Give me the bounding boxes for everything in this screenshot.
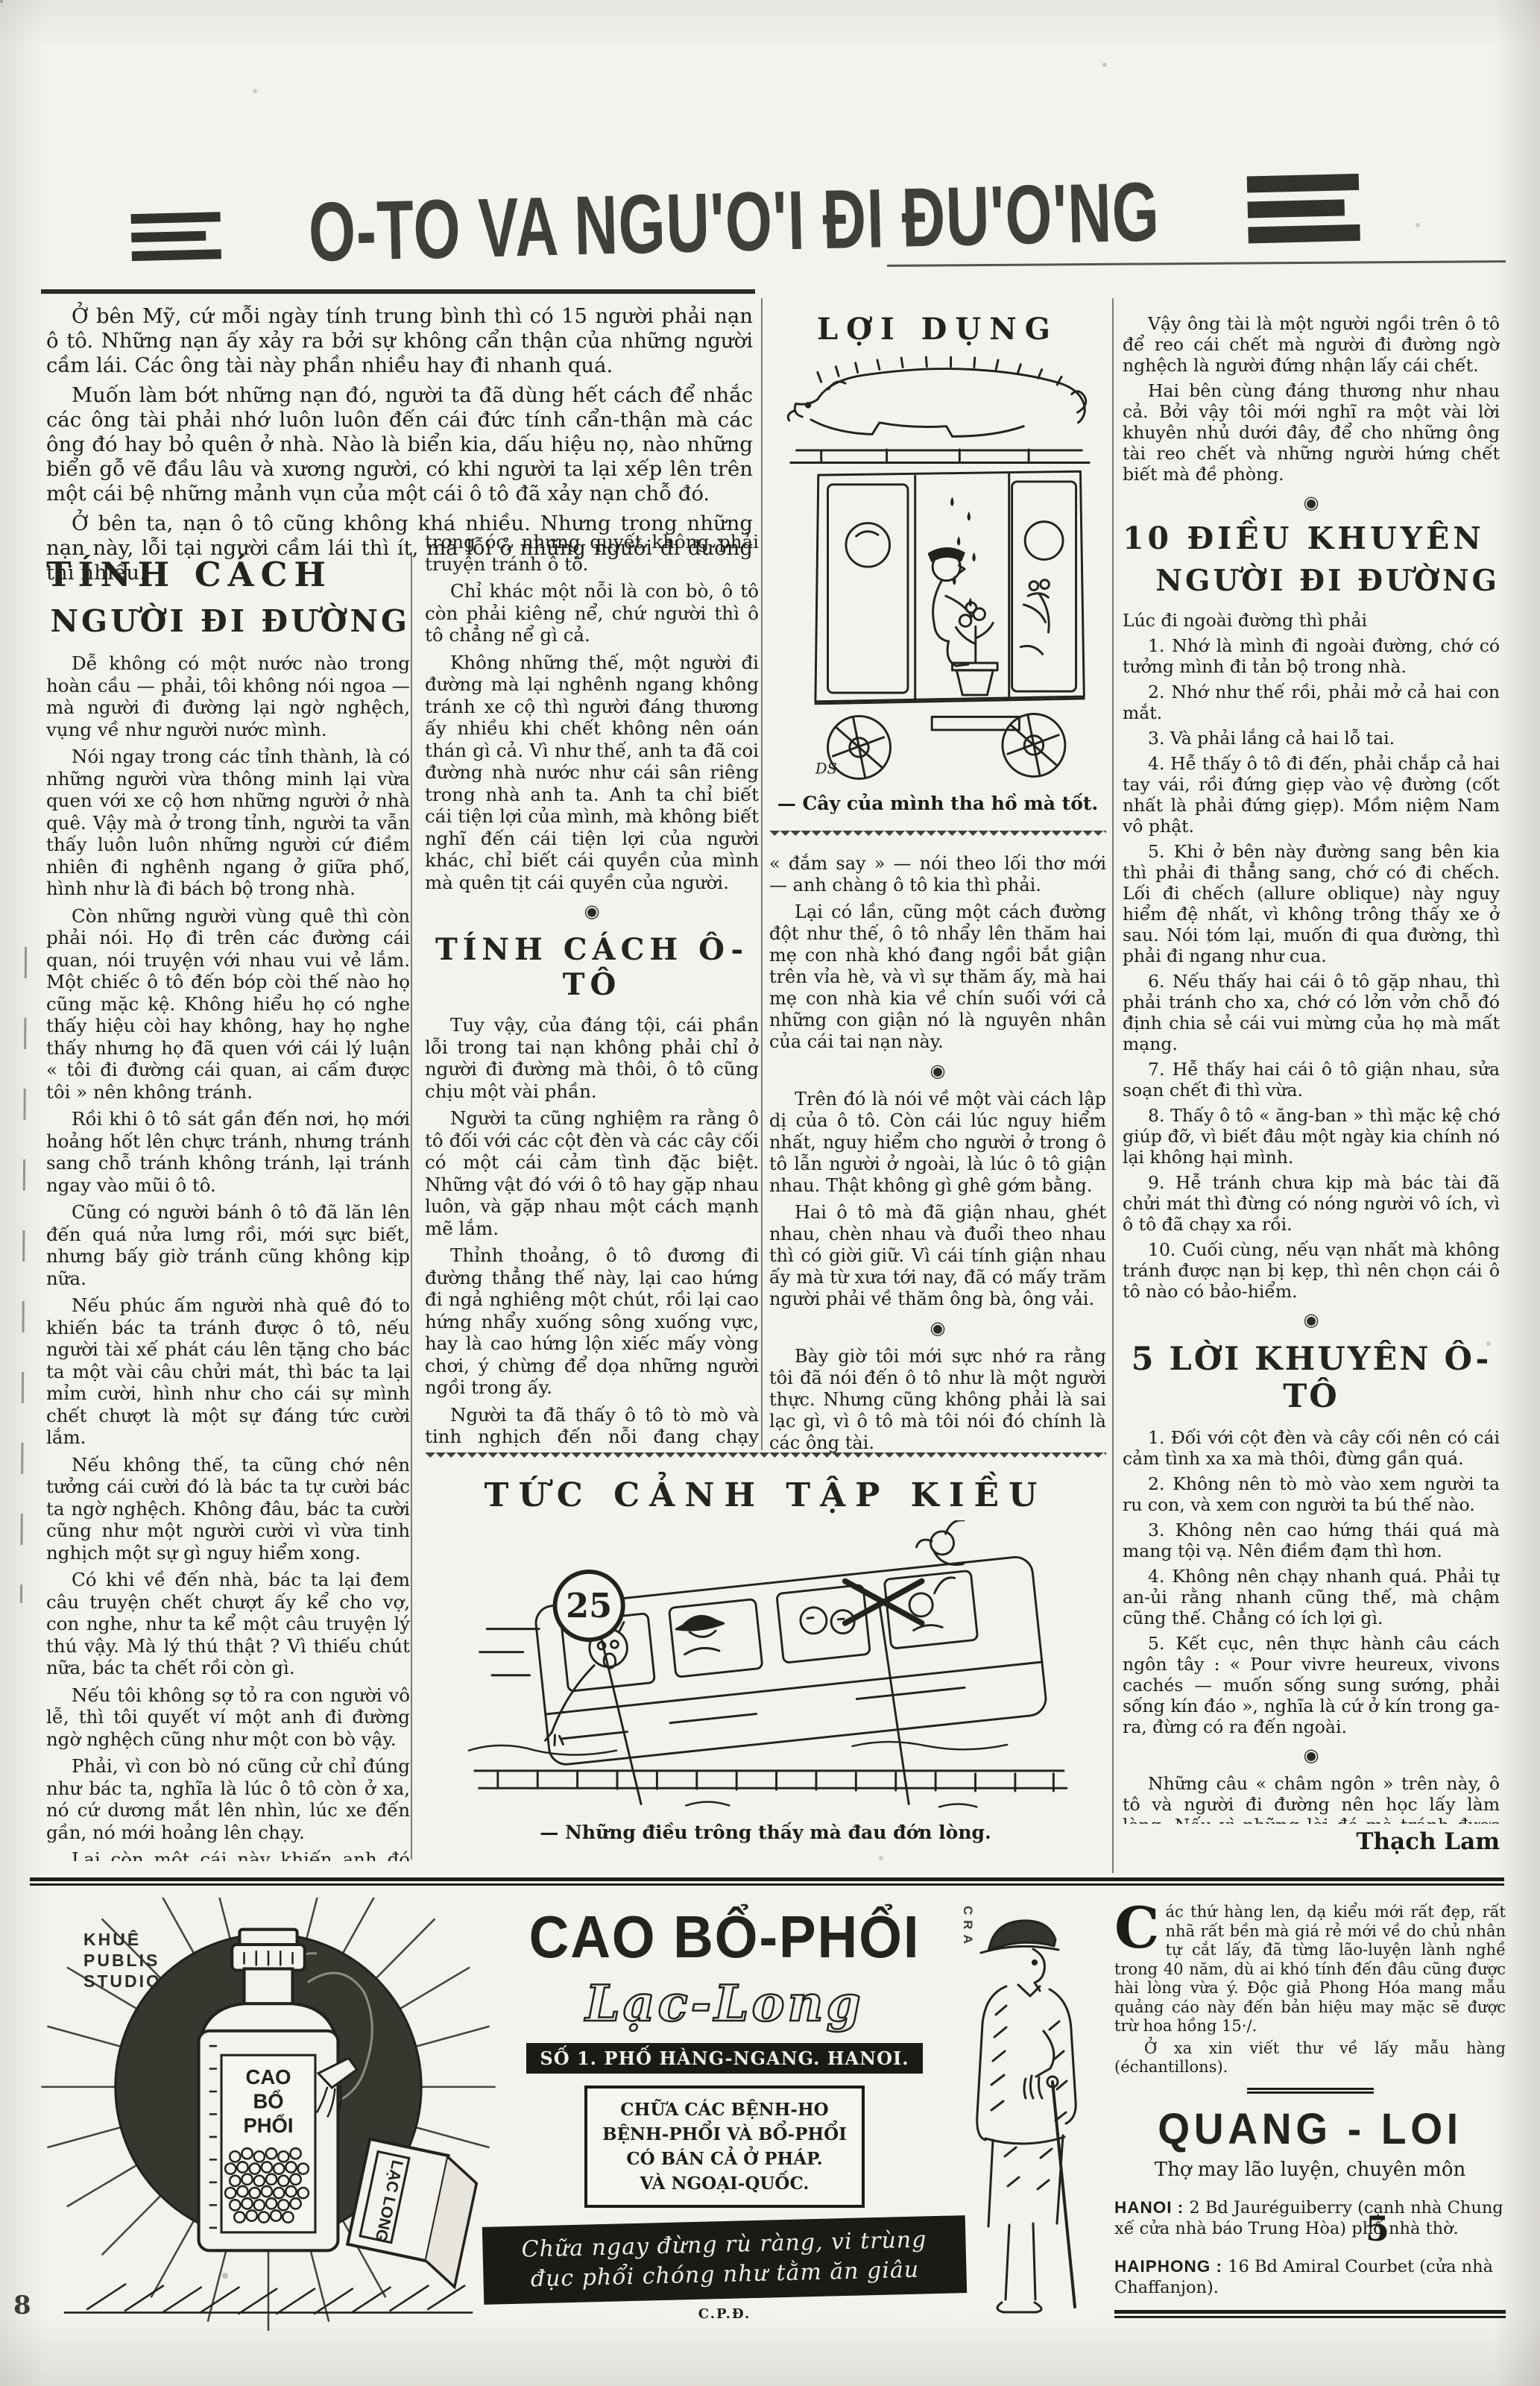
roof-rack-drawing <box>791 450 1089 463</box>
ad-address-hanoi: HANOI : 2 Bd Jauréguiberry (cạnh nhà Chu… <box>1114 2197 1506 2239</box>
paragraph: Ở bên Mỹ, cứ mỗi ngày tính trung bình th… <box>46 304 753 378</box>
ad-shop-subtitle: Thợ may lão luyện, chuyên môn <box>1114 2159 1506 2181</box>
paragraph: Hai ô tô mà đã giận nhau, ghét nhau, chè… <box>769 1202 1106 1310</box>
bottle-label-line: CAO <box>246 2065 291 2088</box>
speed-sign-number: 25 <box>566 1586 612 1625</box>
bottle-label-line: BỔ <box>253 2089 283 2112</box>
paragraph: Vậy ông tài là một người ngồi trên ô tô … <box>1123 313 1500 376</box>
cartoon-tuc-canh-block: TỨC CẢNH TẬP KIỀU <box>425 1452 1106 1843</box>
lac-long-box-drawing: LẠC LONG <box>344 2139 481 2288</box>
masthead-left-bars-icon <box>131 212 222 261</box>
list-item: 3. Và phải lắng cả hai lỗ tai. <box>1123 728 1500 749</box>
edge-artifact: 8 <box>13 2291 31 2320</box>
ad-product-name-script: Lạc-Long <box>483 1974 966 2033</box>
section-ornament: ◉ <box>425 901 759 922</box>
paragraph: Thỉnh thoảng, ô tô đương đi đường thẳng … <box>425 1244 759 1399</box>
paragraph: « đắm say » — nói theo lối thơ mới — anh… <box>769 853 1106 896</box>
pig-on-roof-drawing <box>788 357 1086 436</box>
list-item: 2. Không nên tò mò vào xem người ta ru c… <box>1123 1473 1500 1515</box>
city-label: HAIPHONG : <box>1114 2257 1222 2276</box>
column-rule <box>411 553 412 1860</box>
paragraph: Nếu tôi không sợ tỏ ra con người vô lễ, … <box>46 1684 410 1751</box>
list-item: 10. Cuối cùng, nếu vạn nhất mà không trá… <box>1123 1239 1500 1302</box>
list-item: 6. Nếu thấy hai cái ô tô gặp nhau, thì p… <box>1123 971 1500 1054</box>
newspaper-page: O-TO VA NGU'O'I ĐI ĐU'O'NG Ở bên Mỹ, cứ … <box>0 0 1540 2386</box>
cartoon-title: LỢI DỤNG <box>769 312 1106 347</box>
section-heading: TÍNH CÁCH Ô-TÔ <box>425 932 759 1002</box>
man-outline <box>977 1921 1076 2312</box>
ad-product-title: CAO BỔ-PHỔI <box>500 1903 950 1971</box>
paragraph: Còn những người vùng quê thì còn phải nó… <box>46 905 410 1104</box>
page-number: 5 <box>1366 2209 1389 2249</box>
other-passengers-drawing <box>798 1577 959 1642</box>
ad-claims-line: BỆNH-PHỔI VÀ BỔ-PHỔI <box>602 2122 847 2147</box>
intro-top-rule <box>41 289 755 294</box>
ad-artist-mark: C.P.Đ. <box>483 2306 966 2322</box>
list-item: 4. Hễ thấy ô tô đi đến, phải chắp cả hai… <box>1123 753 1500 837</box>
paragraph: Tuy vậy, của đáng tội, cái phần lỗi tron… <box>425 1014 759 1102</box>
cartoon-caption: — Cây của mình tha hồ mà tốt. <box>769 793 1106 814</box>
section-ornament: ◉ <box>1123 492 1500 513</box>
list-item: 8. Thấy ô tô « ăng-ban » thì mặc kệ chớ … <box>1123 1105 1500 1168</box>
list-intro: Lúc đi ngoài đường thì phải <box>1123 610 1500 631</box>
paragraph: Người ta đã thấy ô tô tò mò và tinh nghị… <box>425 1404 759 1447</box>
list-item: 5. Kết cục, nên thực hành câu cách ngôn … <box>1123 1633 1500 1737</box>
scan-scratch <box>20 947 27 1603</box>
paragraph: Lại còn một cái này khiến anh đó với con… <box>46 1848 410 1861</box>
ad-shop-name: QUANG - LOI <box>1124 2104 1496 2154</box>
paragraph: Phải, vì con bò nó cũng cử chỉ đúng như … <box>46 1755 410 1843</box>
author-signature: Thạch Lam <box>1123 1828 1510 1855</box>
paragraph: Nói ngay trong các tỉnh thành, là có nhữ… <box>46 746 410 900</box>
paragraph: Trên đó là nói về một vài cách lập dị củ… <box>769 1089 1106 1197</box>
section-ornament: ◉ <box>769 1060 1106 1081</box>
masthead: O-TO VA NGU'O'I ĐI ĐU'O'NG <box>111 160 1380 283</box>
paragraph: Những câu « châm ngôn » trên này, ô tô v… <box>1123 1773 1500 1824</box>
ad-paragraph: Các thứ hàng len, dạ kiểu mới rất đẹp, r… <box>1114 1903 1506 2036</box>
paragraph: Nếu phúc ấm người nhà quê đó to khiến bá… <box>46 1294 410 1449</box>
tailor-figure: CRA <box>960 1903 1102 2335</box>
middle-column: LỢI DỤNG <box>769 312 1106 1459</box>
motion-lines <box>480 1629 540 1675</box>
ad-claims-box: CHỮA CÁC BỆNH-HO BỆNH-PHỔI VÀ BỔ-PHỔI CÓ… <box>584 2086 865 2208</box>
list-item: 4. Không nên chạy nhanh quá. Phải tự an-… <box>1123 1566 1500 1628</box>
list-item: 1. Nhớ là mình đi ngoài đường, chớ có tư… <box>1123 635 1500 677</box>
paragraph: trong óc, nhưng quyết không phải truyện … <box>425 531 759 575</box>
list-item: 2. Nhớ như thế rồi, phải mở cả hai con m… <box>1123 682 1500 723</box>
cartoon-title: TỨC CẢNH TẬP KIỀU <box>425 1476 1106 1514</box>
ad-slogan-band: Chữa ngay đừng rù ràng, vi trùng đục phổ… <box>482 2215 967 2305</box>
lac-long-illustration: CAO BỔ PHỔI LẠC LONG <box>41 1898 496 2334</box>
roof-figure-drawing <box>914 1520 968 1569</box>
paragraph: Lại có lần, cũng một cách đường đột như … <box>769 901 1106 1053</box>
studio-credit: KHUÊ PUBLIS STUDIO <box>83 1929 162 1992</box>
studio-credit-line: STUDIO <box>83 1971 162 1992</box>
column-advice: Vậy ông tài là một người ngồi trên ô tô … <box>1123 313 1500 1824</box>
potted-plant-drawing <box>953 602 998 695</box>
paragraph: Bày giờ tôi mới sực nhớ ra rằng tôi đã n… <box>769 1346 1106 1454</box>
list-item: 5. Khi ở bên này đường sang bên kia thì … <box>1123 841 1500 966</box>
cartoon-artist-mark: DS <box>815 761 837 778</box>
cartoon-loi-dung: DS <box>774 354 1102 791</box>
paragraph: Chỉ khác một nỗi là con bò, ô tô còn phả… <box>425 580 759 646</box>
section-heading: NGƯỜI ĐI ĐƯỜNG <box>46 603 410 639</box>
wheels-drawing <box>815 699 1084 778</box>
paragraph: Cũng có người bánh ô tô đã lăn lên đến q… <box>46 1201 410 1289</box>
paragraph: Dễ không có một nước nào trong hoàn cầu … <box>46 652 410 740</box>
figure-artist-mark: CRA <box>960 1906 975 1949</box>
mini-rule <box>1247 2088 1374 2094</box>
section-heading: 5 LỜI KHUYÊN Ô-TÔ <box>1123 1341 1500 1415</box>
ad-claims-line: VÀ NGOẠI-QUỐC. <box>602 2171 847 2196</box>
scan-specks <box>0 0 3 3</box>
column-rule <box>1112 298 1114 1873</box>
section-divider-rule <box>30 1877 1504 1886</box>
paragraph: Muốn làm bớt những nạn đó, người ta đã d… <box>46 383 753 506</box>
ad-address-haiphong: HAIPHONG : 16 Bd Amiral Courbet (cửa nhà… <box>1114 2256 1506 2298</box>
paragraph: Không những thế, một người đi đường mà l… <box>425 652 759 894</box>
city-label: HANOI : <box>1114 2198 1184 2217</box>
column-rule <box>761 298 763 1450</box>
column-tinh-cach-nguoi-di-duong: TÍNH CÁCH NGƯỜI ĐI ĐƯỜNG Dễ không có một… <box>46 555 410 1861</box>
list-item: 3. Không nên cao hứng thái quá mà mang t… <box>1123 1520 1500 1561</box>
ad-address-strip: SỐ 1. PHỐ HÀNG-NGANG. HANOI. <box>526 2043 922 2074</box>
section-ornament: ◉ <box>769 1318 1106 1338</box>
section-heading: TÍNH CÁCH <box>46 555 410 594</box>
list-item: 1. Đối với cột đèn và cây cối nên có cái… <box>1123 1427 1500 1469</box>
section-ornament: ◉ <box>1123 1309 1500 1330</box>
zigzag-divider <box>769 831 1106 841</box>
bottle-label-line: PHỔI <box>243 2114 293 2137</box>
section-heading: NGƯỜI ĐI ĐƯỜNG <box>1123 564 1500 598</box>
list-item: 7. Hễ thấy hai cái ô tô giận nhau, sửa s… <box>1123 1059 1500 1101</box>
quang-loi-ad: Các thứ hàng len, dạ kiểu mới rất đẹp, r… <box>1114 1903 1506 2318</box>
studio-credit-line: PUBLIS <box>83 1950 162 1971</box>
masthead-right-bars-icon <box>1246 174 1360 244</box>
paragraph: Nếu không thế, ta cũng chớ nên tưởng cái… <box>46 1454 410 1564</box>
zigzag-divider <box>425 1452 1106 1463</box>
van-body-drawing <box>815 471 1084 702</box>
rails-and-ground-drawing <box>469 1742 1067 1807</box>
ad-claims-line: CHỮA CÁC BỆNH-HO <box>602 2097 847 2122</box>
tailor-man-drawing <box>960 1903 1102 2335</box>
ad-sample-note: Ở xa xin viết thư về lấy mẫu hàng (échan… <box>1114 2039 1506 2077</box>
hat-passenger-drawing <box>675 1614 727 1655</box>
paragraph: Hai bên cùng đáng thương như nhau cả. Bở… <box>1123 380 1500 485</box>
ad-bottom-rule <box>1114 2310 1506 2318</box>
cartoon-caption: — Những điều trông thấy mà đau đớn lòng. <box>425 1822 1106 1843</box>
paragraph: Có khi về đến nhà, bác ta lại đem câu tr… <box>46 1569 410 1679</box>
paragraph: Rồi khi ô tô sát gần đến nơi, họ mới hoả… <box>46 1108 410 1196</box>
seated-men-drawing <box>929 549 1049 666</box>
lac-long-ad: CAO BỔ-PHỔI Lạc-Long SỐ 1. PHỐ HÀNG-NGAN… <box>483 1903 966 2322</box>
ad-claims-line: CÓ BÁN CẢ Ở PHÁP. <box>602 2147 847 2171</box>
cartoon-tuc-canh: 25 <box>438 1520 1094 1817</box>
paragraph: Người ta cũng nghiệm ra rằng ô tô đối vớ… <box>425 1107 759 1239</box>
column-tinh-cach-o-to: trong óc, nhưng quyết không phải truyện … <box>425 531 759 1447</box>
section-heading: 10 ĐIỀU KHUYÊN <box>1123 520 1500 556</box>
studio-credit-line: KHUÊ <box>83 1929 162 1950</box>
list-item: 9. Hễ tránh chưa kịp mà bác tài đã chửi … <box>1123 1172 1500 1235</box>
bottle-label: CAO BỔ PHỔI <box>221 2055 315 2232</box>
section-ornament: ◉ <box>1123 1745 1500 1766</box>
